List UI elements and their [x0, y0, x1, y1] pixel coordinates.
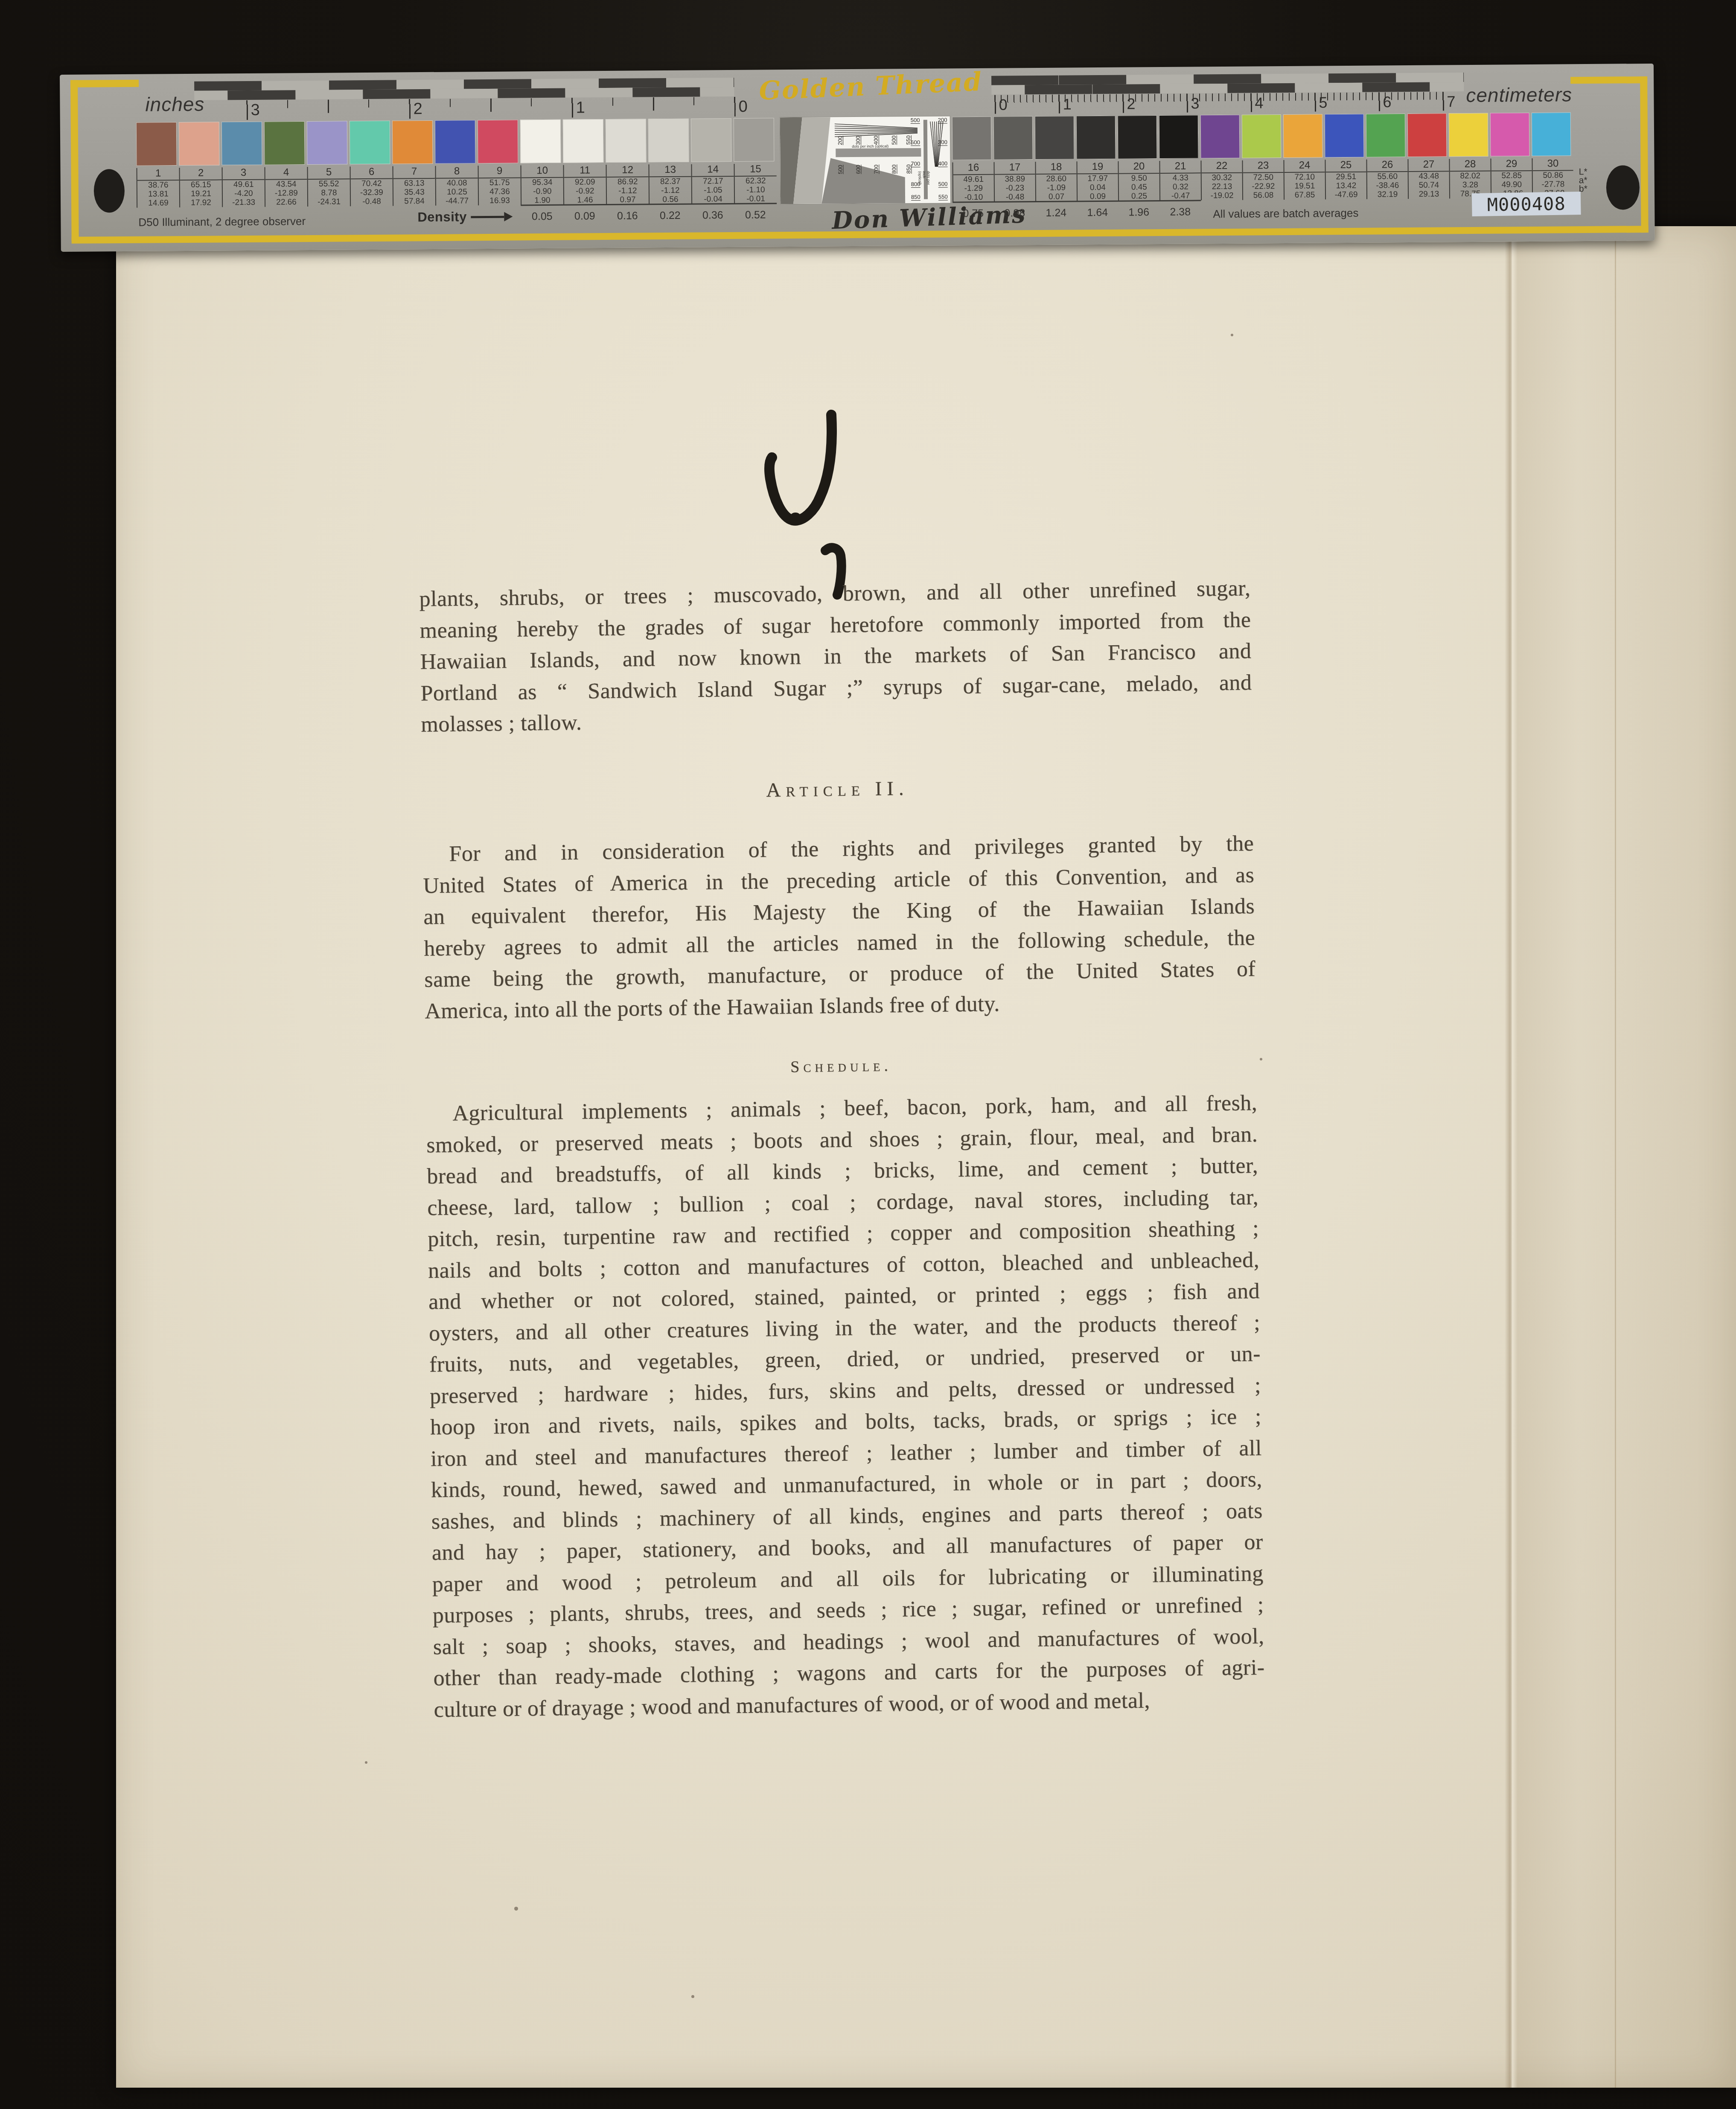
color-patch	[1076, 116, 1116, 160]
color-patch	[350, 121, 390, 165]
patch-number: 7	[393, 166, 435, 179]
dpi-number: 600	[855, 165, 861, 174]
L-value: 55.52	[308, 179, 350, 189]
dpi-number: 500	[891, 135, 897, 145]
L-value: 51.75	[479, 178, 521, 187]
b-value: 14.69	[137, 198, 179, 208]
b-value: -0.01	[735, 194, 777, 204]
a-value: -22.92	[1243, 182, 1284, 191]
a-value: -1.05	[692, 186, 734, 195]
dpi-number: 400	[873, 136, 879, 145]
a-value: 10.25	[436, 187, 478, 197]
a-value: -32.39	[351, 188, 393, 198]
L-value: 30.32	[1202, 173, 1242, 183]
color-patch	[1200, 115, 1240, 159]
a-value: 19.51	[1285, 181, 1325, 191]
patch-number: 25	[1325, 160, 1366, 173]
lab-column: 11 92.09 -0.92 1.46	[563, 165, 606, 205]
b-value: -19.02	[1202, 191, 1242, 201]
patch-number: 9	[479, 165, 521, 178]
patch-number: 23	[1243, 160, 1283, 173]
b-value: -47.69	[1326, 190, 1366, 200]
L-value: 92.09	[564, 178, 606, 187]
ruler-number: 2	[409, 97, 571, 120]
a-value: -1.12	[650, 186, 691, 195]
a-value: 0.45	[1119, 183, 1159, 192]
b-value: 16.93	[479, 196, 521, 205]
lab-column: 9 51.75 47.36 16.93	[478, 165, 521, 205]
dpi-axis-label: dots per inch (optical)	[918, 171, 931, 191]
L-value: 82.02	[1450, 172, 1491, 181]
dpi-number: 700	[873, 165, 879, 174]
scanner-bed: plants, shrubs, or trees ; muscovado, br…	[0, 0, 1736, 2109]
density-value: 0.98	[994, 207, 1035, 220]
ruler-number: 6	[1378, 90, 1442, 113]
lab-column: 17 38.89 -0.23 -0.48	[993, 162, 1035, 202]
density-value: 2.38	[1159, 206, 1201, 218]
ruler-number: 3	[246, 98, 409, 121]
patch-number: 19	[1077, 161, 1118, 175]
color-patch	[993, 116, 1033, 160]
lab-column: 15 62.32 -1.10 -0.01	[734, 163, 777, 204]
density-value: 1.64	[1077, 207, 1118, 219]
lab-column: 25 29.51 13.42 -47.69	[1325, 160, 1366, 200]
a-value: -12.89	[265, 189, 307, 198]
cm-ruler-numbers: 01234567	[994, 90, 1506, 116]
b-value: 17.92	[180, 198, 222, 207]
resolution-wedges	[780, 116, 950, 204]
ruler-number: 3	[1186, 92, 1250, 115]
lab-column: 14 72.17 -1.05 -0.04	[691, 164, 734, 204]
density-value: 0.05	[521, 210, 563, 223]
color-patch	[307, 121, 348, 165]
dpi-number: 200	[837, 136, 843, 145]
color-patch	[392, 120, 433, 164]
dpi-number: 300	[938, 139, 947, 146]
L-value: 28.60	[1036, 174, 1077, 184]
ruler-number: 1	[1058, 93, 1122, 116]
density-label: Density	[417, 209, 513, 225]
lab-column: 4 43.54 -12.89 22.66	[265, 167, 308, 207]
patch-number: 15	[734, 163, 776, 177]
color-patch	[1532, 112, 1571, 156]
L-value: 50.86	[1533, 171, 1573, 180]
density-values-left: 0.050.090.160.220.360.52	[521, 209, 777, 223]
a-value: -4.20	[223, 189, 265, 198]
lab-column: 6 70.42 -32.39 -0.48	[350, 166, 393, 207]
L-value: 95.34	[521, 178, 563, 187]
L-value: 9.50	[1119, 174, 1159, 183]
L-value: 17.97	[1078, 174, 1118, 184]
lab-column: 21 4.33 0.32 -0.47	[1159, 160, 1201, 201]
a-value: -38.46	[1367, 181, 1408, 190]
patch-number: 3	[223, 167, 265, 181]
article-ii-heading: Article II.	[422, 772, 1253, 806]
density-value: 0.36	[691, 209, 734, 222]
lab-column: 16 49.61 -1.29 -0.10	[952, 162, 994, 202]
paragraph-unrefined-sugar: plants, shrubs, or trees ; muscovado, br…	[419, 573, 1252, 740]
L-value: 72.50	[1243, 173, 1284, 182]
color-patch-row-right	[952, 112, 1571, 160]
patch-number: 18	[1036, 161, 1076, 175]
lab-column: 8 40.08 10.25 -44.77	[435, 166, 478, 206]
a-value: 0.04	[1078, 183, 1118, 192]
b-value: -0.48	[351, 197, 393, 207]
density-value: 0.22	[649, 210, 691, 222]
lab-column: 18 28.60 -1.09 0.07	[1035, 161, 1077, 201]
patch-number: 11	[564, 165, 606, 178]
dpi-axis-label: dots per inch (optical)	[852, 144, 888, 149]
patch-number: 22	[1201, 160, 1242, 174]
dpi-number: 550	[938, 194, 948, 200]
L-value: 65.15	[180, 180, 222, 189]
b-value: -0.48	[995, 192, 1035, 202]
b-value: -0.04	[692, 195, 734, 204]
a-value: 49.90	[1491, 180, 1532, 189]
patch-number: 21	[1160, 160, 1200, 174]
density-value: 0.52	[734, 209, 777, 221]
L-value: 43.48	[1409, 172, 1449, 181]
color-patch	[520, 119, 561, 163]
a-value: -1.09	[1036, 183, 1077, 192]
color-patch	[1490, 113, 1530, 157]
L-value: 52.85	[1491, 171, 1532, 181]
patch-number: 28	[1450, 159, 1490, 172]
L-value: 55.60	[1367, 172, 1408, 181]
yellow-corner-mark	[1570, 76, 1647, 84]
L-value: 82.37	[650, 177, 691, 186]
b-value: 32.19	[1367, 190, 1408, 199]
patch-number: 29	[1491, 158, 1532, 172]
L-value: 62.32	[735, 176, 777, 186]
paragraph-schedule: Agricultural implements ; animals ; beef…	[426, 1087, 1265, 1725]
color-patch	[179, 122, 220, 166]
color-patch	[136, 122, 177, 166]
dpi-number: 300	[855, 136, 861, 145]
a-value: 13.81	[137, 189, 179, 199]
b-value: 0.25	[1119, 192, 1159, 201]
ruler-number: 5	[1314, 91, 1378, 114]
b-value: -24.31	[308, 197, 350, 207]
dpi-number: 500	[911, 117, 920, 124]
a-value: -27.78	[1533, 180, 1573, 189]
density-value: 0.75	[952, 207, 994, 220]
lab-column: 1 38.76 13.81 14.69	[137, 168, 180, 208]
b-value: -21.33	[223, 198, 265, 207]
b-value: 67.85	[1285, 190, 1325, 200]
L-value: 29.51	[1326, 172, 1366, 182]
color-patch	[1325, 114, 1364, 158]
b-value: 0.56	[650, 195, 691, 204]
lab-column: 7 63.13 35.43 57.84	[393, 166, 436, 206]
batch-average-note: All values are batch averages	[1213, 207, 1358, 221]
lab-column: 12 86.92 -1.12 0.97	[606, 164, 649, 204]
calibration-target: inches centimeters 3210 01234567 Golden …	[60, 64, 1655, 252]
patch-number: 8	[436, 166, 478, 179]
scan-id-label: M000408	[1472, 192, 1581, 216]
document-page: plants, shrubs, or trees ; muscovado, br…	[116, 226, 1736, 2088]
lab-column: 26 55.60 -38.46 32.19	[1366, 159, 1408, 199]
ruler-number: 4	[1250, 91, 1314, 114]
lab-column: 24 72.10 19.51 67.85	[1283, 160, 1325, 200]
color-patch	[1283, 114, 1323, 158]
L-value: 38.89	[995, 175, 1035, 184]
lab-column: 22 30.32 22.13 -19.02	[1200, 160, 1242, 201]
density-values-right: 0.750.981.241.641.962.38	[952, 206, 1201, 220]
ruler-number: 1	[571, 96, 734, 119]
b-value: -44.77	[436, 196, 478, 206]
patch-number: 6	[351, 166, 393, 180]
L-value: 86.92	[607, 177, 649, 186]
patch-number: 24	[1284, 160, 1325, 173]
a-value: 47.36	[479, 187, 521, 196]
color-patch	[478, 120, 518, 164]
b-value: -0.10	[953, 193, 994, 202]
ruler-number: 0	[994, 93, 1058, 116]
patch-number: 14	[692, 164, 734, 177]
L-value: 72.17	[692, 177, 734, 186]
patch-number: 13	[650, 164, 691, 178]
resolution-target: 200 300 400 500 550 dots per inch (optic…	[780, 116, 950, 204]
color-patch	[221, 122, 262, 166]
a-value: 8.78	[308, 188, 350, 198]
dpi-number: 600	[911, 140, 920, 146]
lab-column: 23 72.50 -22.92 56.08	[1242, 160, 1284, 200]
a-value: 19.21	[180, 189, 222, 198]
a-value: -0.90	[521, 187, 563, 196]
arrow-icon	[504, 212, 513, 221]
lab-column: 28 82.02 3.28 78.75	[1449, 159, 1491, 199]
density-value: 1.24	[1035, 207, 1077, 219]
illuminant-note: D50 Illuminant, 2 degree observer	[138, 215, 306, 229]
L-value: 40.08	[436, 178, 478, 188]
lab-column: 10 95.34 -0.90 1.90	[521, 165, 564, 205]
b-value: -0.47	[1160, 191, 1201, 201]
lab-column: 27 43.48 50.74 29.13	[1407, 159, 1449, 199]
color-patch	[691, 118, 732, 162]
golden-thread-brand: Golden Thread	[751, 67, 990, 106]
patch-number: 1	[137, 168, 179, 181]
ruler-number: 7	[1442, 90, 1506, 113]
b-value: 1.90	[521, 196, 563, 205]
density-value: 1.96	[1118, 206, 1159, 219]
b-value: 0.97	[607, 195, 649, 204]
L-value: 49.61	[223, 180, 265, 189]
registration-dot-icon	[1606, 165, 1640, 210]
density-value: 0.09	[563, 210, 606, 223]
lab-column: 19 17.97 0.04 0.09	[1076, 161, 1118, 201]
color-patch	[1035, 116, 1075, 160]
patch-number: 30	[1532, 158, 1573, 171]
color-patch	[648, 119, 689, 163]
patch-number: 27	[1408, 159, 1449, 172]
paragraph-article-ii: For and in consideration of the rights a…	[422, 828, 1256, 1027]
ruler-number: 2	[1122, 93, 1186, 115]
patch-number: 12	[607, 164, 649, 178]
dpi-number: 400	[938, 160, 947, 167]
lab-column: 5 55.52 8.78 -24.31	[307, 166, 350, 207]
b-value: 0.07	[1036, 192, 1077, 201]
a-value: -1.10	[735, 185, 777, 195]
yellow-left-edge	[70, 80, 79, 241]
L-value: 49.61	[953, 175, 994, 184]
b-value: 1.46	[564, 195, 606, 205]
dpi-number: 500	[837, 165, 843, 174]
dpi-number: 800	[891, 164, 897, 174]
b-value: 57.84	[393, 197, 435, 206]
L-value: 38.76	[137, 181, 179, 190]
color-patch-row-left	[136, 118, 775, 166]
dpi-number: 500	[938, 181, 948, 187]
color-patch	[952, 117, 992, 160]
density-value: 0.16	[606, 210, 649, 222]
patch-number: 26	[1367, 159, 1407, 172]
a-value: -0.92	[564, 186, 606, 196]
L-value: 70.42	[351, 179, 393, 189]
color-patch	[606, 119, 647, 163]
a-value: 35.43	[393, 188, 435, 197]
lab-axis-labels-right: L* a* b*	[1579, 168, 1587, 193]
patch-number: 16	[953, 162, 993, 175]
color-patch	[1407, 113, 1447, 157]
color-patch	[1449, 113, 1488, 157]
color-patch	[1366, 114, 1406, 157]
color-patch	[435, 120, 476, 164]
a-value: 50.74	[1409, 181, 1449, 190]
patch-number: 4	[265, 167, 307, 180]
schedule-heading: Schedule.	[425, 1052, 1257, 1081]
b-value: 0.09	[1078, 192, 1118, 201]
a-value: -1.29	[953, 184, 994, 193]
color-patch	[264, 121, 305, 165]
patch-number: 17	[994, 162, 1035, 175]
color-patch	[1118, 115, 1157, 159]
lab-column: 2 65.15 19.21 17.92	[179, 167, 222, 207]
L-value: 72.10	[1285, 172, 1325, 182]
a-value: 3.28	[1450, 181, 1491, 190]
registration-dot-icon	[94, 169, 125, 213]
color-patch	[734, 118, 775, 162]
patch-number: 10	[521, 165, 563, 178]
dpi-number: 850	[911, 194, 920, 201]
b-value: 29.13	[1409, 189, 1449, 199]
yellow-corner-mark	[70, 80, 139, 87]
L-value: 43.54	[265, 180, 307, 189]
a-value: 13.42	[1326, 181, 1366, 191]
patch-number: 20	[1118, 161, 1159, 174]
dpi-number: 700	[911, 161, 920, 167]
b-value: 22.66	[265, 198, 307, 207]
patch-number: 5	[308, 166, 350, 180]
a-value: -1.12	[607, 186, 649, 195]
color-patch	[563, 119, 604, 163]
dpi-number: 200	[938, 117, 947, 123]
a-value: 0.32	[1160, 182, 1201, 192]
patch-number: 2	[180, 167, 222, 181]
printed-text-block: plants, shrubs, or trees ; muscovado, br…	[104, 216, 1736, 2098]
a-value: 22.13	[1202, 182, 1242, 192]
L-value: 4.33	[1160, 173, 1201, 183]
a-value: -0.23	[995, 184, 1035, 193]
b-value: 56.08	[1243, 191, 1284, 200]
color-patch	[1159, 115, 1199, 159]
arrow-icon	[471, 216, 504, 218]
yellow-right-edge	[1640, 76, 1649, 233]
lab-table-left: 1 38.76 13.81 14.69 2 65.15 19.21 17.92 …	[137, 163, 777, 207]
lab-column: 3 49.61 -4.20 -21.33	[222, 167, 265, 207]
color-patch	[1242, 114, 1282, 158]
inches-label: inches	[145, 93, 204, 116]
L-value: 63.13	[393, 179, 435, 188]
lab-column: 20 9.50 0.45 0.25	[1118, 161, 1159, 201]
lab-column: 13 82.37 -1.12 0.56	[649, 164, 692, 204]
